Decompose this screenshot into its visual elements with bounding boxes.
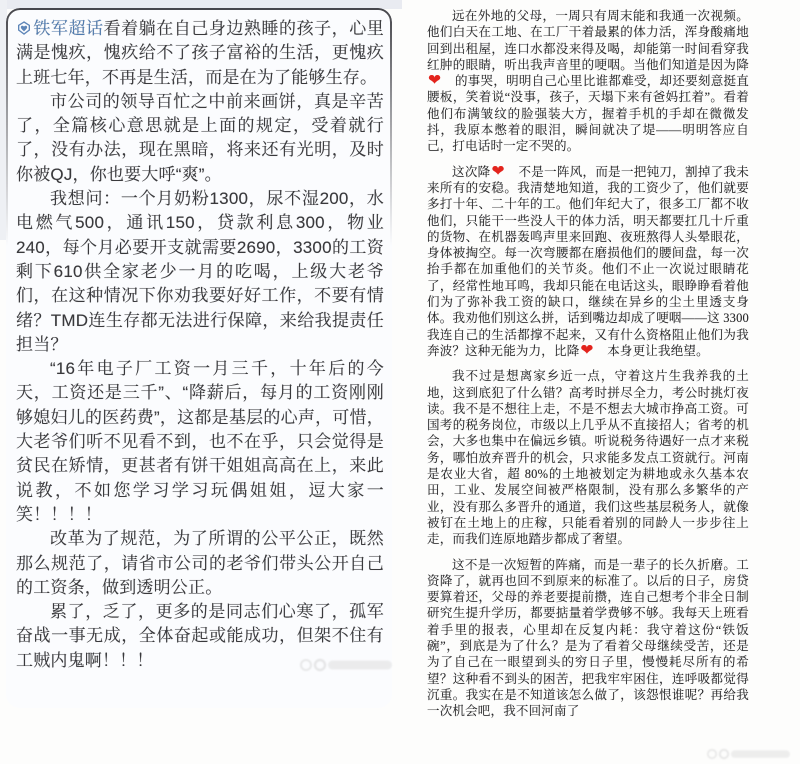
text-segment: 本身更让我绝望。 <box>595 344 709 358</box>
text-segment: 的事哭，明明自己心里比谁都难受，却还要刻意挺直腰板，笑着说“没事，孩子，天塌下来… <box>427 74 749 153</box>
post-paragraph: 改革为了规范，为了所谓的公平公正，既然那么规范了，请省市公司的老爷们带头公开自己… <box>16 527 384 600</box>
post-paragraph: 远在外地的父母，一周只有周末能和我通一次视频。他们白天在工地、在工厂干着最累的体… <box>427 8 749 155</box>
weibo-watermark-icon <box>706 747 792 761</box>
heart-emoji: ❤ <box>428 71 441 89</box>
post-paragraph: “16年电子厂工资一月三千，十年后的今天，工资还是三千”、“降薪后，每月的工资刚… <box>16 357 384 527</box>
heart-emoji: ❤ <box>491 162 504 180</box>
text-segment: 我不过是想离家乡近一点，守着这片生我养我的土地，这到底犯了什么错？高考时拼尽全力… <box>427 369 749 546</box>
supertopic-badge-link[interactable]: 铁军超话 <box>16 19 104 38</box>
supertopic-badge-label: 铁军超话 <box>33 19 104 38</box>
post-paragraph: 我不过是想离家乡近一点，守着这片生我养我的土地，这到底犯了什么错？高考时拼尽全力… <box>427 368 749 547</box>
post-paragraph: 我想问：一个月奶粉1300，尿不湿200，水电燃气500，通讯150，贷款利息3… <box>16 187 384 357</box>
text-segment: 远在外地的父母，一周只有周末能和我通一次视频。他们白天在工地、在工厂干着最累的体… <box>427 9 749 72</box>
post-paragraph: 这不是一次短暂的阵痛，而是一辈子的长久折磨。工资降了，就再也回不到原来的标准了。… <box>427 557 749 720</box>
left-post-card: 铁军超话看着躺在自己身边熟睡的孩子，心里满是愧疚，愧疚给不了孩子富裕的生活，更愧… <box>6 8 392 708</box>
supertopic-heart-icon <box>16 20 32 36</box>
text-segment: 不是一阵风，而是一把钝刀，割掉了我未来所有的安稳。我清楚地知道，我的工资少了，他… <box>427 165 749 358</box>
post-paragraph: 这次降❤ 不是一阵风，而是一把钝刀，割掉了我未来所有的安稳。我清楚地知道，我的工… <box>427 164 749 360</box>
heart-emoji: ❤ <box>580 341 593 359</box>
post-paragraph: 市公司的领导百忙之中前来画饼，真是辛苦了，全篇核心意思就是上面的规定，受着就行了… <box>16 90 384 187</box>
text-segment: 这不是一次短暂的阵痛，而是一辈子的长久折磨。工资降了，就再也回不到原来的标准了。… <box>427 558 749 719</box>
text-segment: 这次降 <box>452 165 490 179</box>
left-post-text: 铁军超话看着躺在自己身边熟睡的孩子，心里满是愧疚，愧疚给不了孩子富裕的生活，更愧… <box>16 17 384 673</box>
post-paragraph: 铁军超话看着躺在自己身边熟睡的孩子，心里满是愧疚，愧疚给不了孩子富裕的生活，更愧… <box>16 17 384 90</box>
weibo-watermark-icon <box>299 656 393 673</box>
page-root: { "colors": { "topic_link": "#4f7bb0", "… <box>0 0 800 764</box>
left-post-paragraphs: 市公司的领导百忙之中前来画饼，真是辛苦了，全篇核心意思就是上面的规定，受着就行了… <box>16 90 384 673</box>
right-post-text: 远在外地的父母，一周只有周末能和我通一次视频。他们白天在工地、在工厂干着最累的体… <box>427 8 749 719</box>
